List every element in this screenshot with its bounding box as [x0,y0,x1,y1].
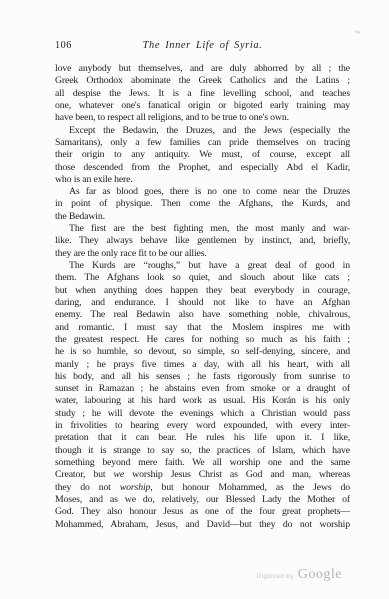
text-segment: study ; he will devote the evenings whic… [55,408,350,419]
digitized-by-label: Digitized by [257,573,294,580]
text-segment: them. The Afghans look so quiet, and slo… [55,272,350,283]
text-segment: The Kurds are “roughs,” but have a great… [69,260,350,271]
text-line: who is an exile here. [55,174,350,186]
book-page: 106 The Inner Life of Syria. love anybod… [0,0,389,599]
text-line: Mohammed, Abraham, Jesus, and David—but … [55,519,350,531]
text-segment: enemy. The real Bedawin also have someth… [55,309,350,320]
italic-text-segment: we [113,469,124,480]
text-line: Samaritans), only a few families can pri… [55,137,350,149]
scan-artifact [355,30,360,34]
text-segment: something beyond mere faith. We all wors… [55,457,350,468]
text-line: love anybody but themselves, and are dul… [55,63,350,75]
text-line: water, labouring at his hard work as usu… [55,395,350,407]
text-line: in frivolities to hearing every word exp… [55,420,350,432]
text-line: those descended from the Prophet, and es… [55,162,350,174]
text-line: As far as blood goes, there is no one to… [55,186,350,198]
text-segment: they are the only race fit to be our all… [55,248,207,259]
italic-text-segment: worship [120,482,151,493]
text-line: one, whatever one's fanatical origin or … [55,100,350,112]
text-line: the Bedawin. [55,211,350,223]
text-segment: one, whatever one's fanatical origin or … [55,100,350,111]
text-segment: daring, and endurance. I should not like… [55,297,350,308]
text-segment: their origin to any antiquity. We must, … [55,149,350,160]
text-line: daring, and endurance. I should not like… [55,297,350,309]
google-logo: Google [298,567,342,583]
text-line: pretation that it can bear. He rules his… [55,432,350,444]
text-segment: the Bedawin. [55,211,105,222]
text-segment: all despise the Jews. It is a fine level… [55,88,350,99]
text-line: and romantic. I must say that the Moslem… [55,322,350,334]
text-segment: but when anything does happen they beat … [55,285,350,296]
text-line: Except the Bedawin, the Druzes, and the … [55,125,350,137]
text-line: sunset in Ramazan ; he abstains even fro… [55,383,350,395]
text-segment: Mohammed, Abraham, Jesus, and David—but … [55,519,350,530]
text-line: them. The Afghans look so quiet, and slo… [55,272,350,284]
text-line: their origin to any antiquity. We must, … [55,149,350,161]
text-segment: in point of physique. Then come the Afgh… [55,198,350,209]
text-segment: love anybody but themselves, and are dul… [55,63,350,74]
text-line: something beyond mere faith. We all wors… [55,457,350,469]
running-head-title: The Inner Life of Syria. [55,40,350,51]
running-head: 106 The Inner Life of Syria. [55,40,350,54]
text-line: The Kurds are “roughs,” but have a great… [55,260,350,272]
text-segment: God. They also honour Jesus as one of th… [55,506,350,517]
google-watermark: Digitized by Google [257,567,342,583]
text-segment: worship Jesus Christ as God and man, whe… [124,469,350,480]
text-line: enemy. The real Bedawin also have someth… [55,309,350,321]
text-segment: in frivolities to hearing every word exp… [55,420,350,431]
text-segment: have been, to respect all religions, and… [55,112,289,123]
text-segment: The first are the best fighting men, the… [69,223,350,234]
text-line: though it is strange to say so, the prac… [55,445,350,457]
text-line: study ; he will devote the evenings whic… [55,408,350,420]
text-line: The first are the best fighting men, the… [55,223,350,235]
text-segment: sunset in Ramazan ; he abstains even fro… [55,383,350,394]
text-line: his body, and all his senses ; he fasts … [55,371,350,383]
text-segment: his body, and all his senses ; he fasts … [55,371,350,382]
text-line: in point of physique. Then come the Afgh… [55,198,350,210]
text-segment: water, labouring at his hard work as usu… [55,395,350,406]
text-segment: the greatest respect. He cares for nothi… [55,334,350,345]
body-text: love anybody but themselves, and are dul… [55,63,350,531]
text-line: he is so humble, so devout, so simple, s… [55,346,350,358]
text-line: they are the only race fit to be our all… [55,248,350,260]
text-line: have been, to respect all religions, and… [55,112,350,124]
text-line: manly ; he prays five times a day, with … [55,359,350,371]
text-segment: those descended from the Prophet, and es… [55,162,350,173]
text-line: like. They always behave like gentlemen … [55,235,350,247]
text-line: God. They also honour Jesus as one of th… [55,506,350,518]
text-segment: Samaritans), only a few families can pri… [55,137,350,148]
text-segment: manly ; he prays five times a day, with … [55,359,350,370]
text-line: Creator, but we worship Jesus Christ as … [55,469,350,481]
text-line: they do not worship, but honour Mohammed… [55,482,350,494]
text-segment: though it is strange to say so, the prac… [55,445,350,456]
text-line: the greatest respect. He cares for nothi… [55,334,350,346]
text-segment: he is so humble, so devout, so simple, s… [55,346,350,357]
text-segment: pretation that it can bear. He rules his… [55,432,350,443]
text-segment: and romantic. I must say that the Moslem… [55,322,350,333]
text-segment: Creator, but [55,469,113,480]
text-line: but when anything does happen they beat … [55,285,350,297]
text-segment: like. They always behave like gentlemen … [55,235,350,246]
text-segment: Greek Orthodox abominate the Greek Catho… [55,75,350,86]
text-segment: Moses, and as we do, relatively, our Ble… [55,494,350,505]
text-line: all despise the Jews. It is a fine level… [55,88,350,100]
text-line: Greek Orthodox abominate the Greek Catho… [55,75,350,87]
text-segment: , but honour Mohammed, as the Jews do [150,482,350,493]
text-segment: who is an exile here. [55,174,133,185]
text-segment: Except the Bedawin, the Druzes, and the … [69,125,350,136]
text-line: Moses, and as we do, relatively, our Ble… [55,494,350,506]
text-segment: they do not [55,482,120,493]
text-segment: As far as blood goes, there is no one to… [69,186,350,197]
